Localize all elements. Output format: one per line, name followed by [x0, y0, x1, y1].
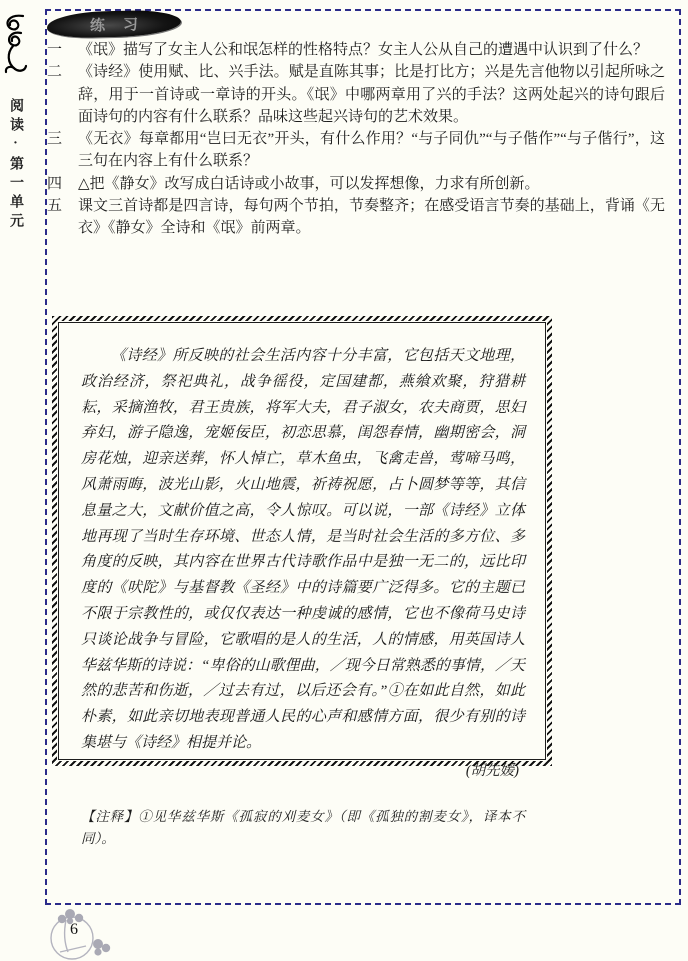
question-item-5: 五 课文三首诗都是四言诗，每句两个节拍，节奏整齐；在感受语言节奏的基础上，背诵《…	[47, 195, 665, 240]
question-number: 四	[47, 173, 78, 195]
question-text: 《诗经》使用赋、比、兴手法。赋是直陈其事；比是打比方；兴是先言他物以引起所咏之辞…	[78, 61, 665, 128]
floral-ornament-icon	[40, 906, 136, 960]
essay-paragraph: 《诗经》所反映的社会生活内容十分丰富，它包括天文地理，政治经济，祭祀典礼，战争徭…	[81, 344, 525, 757]
question-item-4: 四 △把《静女》改写成白话诗或小故事，可以发挥想像，力求有所创新。	[47, 173, 665, 195]
question-number: 二	[47, 61, 78, 128]
reading-material-inner-frame: 《诗经》所反映的社会生活内容十分丰富，它包括天文地理，政治经济，祭祀典礼，战争徭…	[58, 322, 546, 760]
question-item-3: 三 《无衣》每章都用“岂曰无衣”开头，有什么作用？“与子同仇”“与子偕作”“与子…	[47, 128, 665, 173]
question-item-1: 一 《氓》描写了女主人公和氓怎样的性格特点？女主人公从自己的遭遇中认识到了什么？	[47, 39, 665, 61]
page-number-ornament: 6	[40, 906, 136, 960]
page-number: 6	[70, 921, 78, 939]
question-text: 《氓》描写了女主人公和氓怎样的性格特点？女主人公从自己的遭遇中认识到了什么？	[78, 39, 665, 61]
question-text: △把《静女》改写成白话诗或小故事，可以发挥想像，力求有所创新。	[78, 173, 665, 195]
question-number: 三	[47, 128, 78, 173]
question-list: 一 《氓》描写了女主人公和氓怎样的性格特点？女主人公从自己的遭遇中认识到了什么？…	[47, 39, 665, 240]
question-item-2: 二 《诗经》使用赋、比、兴手法。赋是直陈其事；比是打比方；兴是先言他物以引起所咏…	[47, 61, 665, 128]
question-text: 课文三首诗都是四言诗，每句两个节拍，节奏整齐；在感受语言节奏的基础上，背诵《无衣…	[78, 195, 665, 240]
exercise-header-label: 练习	[72, 13, 156, 36]
question-number: 五	[47, 195, 78, 240]
corner-vine-ornament	[1, 13, 29, 75]
sidebar-unit-label: 阅读·第一单元	[5, 98, 25, 232]
essay-footnote: 【注释】①见华兹华斯《孤寂的刈麦女》（即《孤独的割麦女》，译本不同）。	[81, 806, 525, 850]
essay-author-signature: (胡先媛)	[81, 759, 519, 783]
reading-material-box: 《诗经》所反映的社会生活内容十分丰富，它包括天文地理，政治经济，祭祀典礼，战争徭…	[52, 316, 552, 766]
question-text: 《无衣》每章都用“岂曰无衣”开头，有什么作用？“与子同仇”“与子偕作”“与子偕行…	[78, 128, 665, 173]
question-number: 一	[47, 39, 78, 61]
